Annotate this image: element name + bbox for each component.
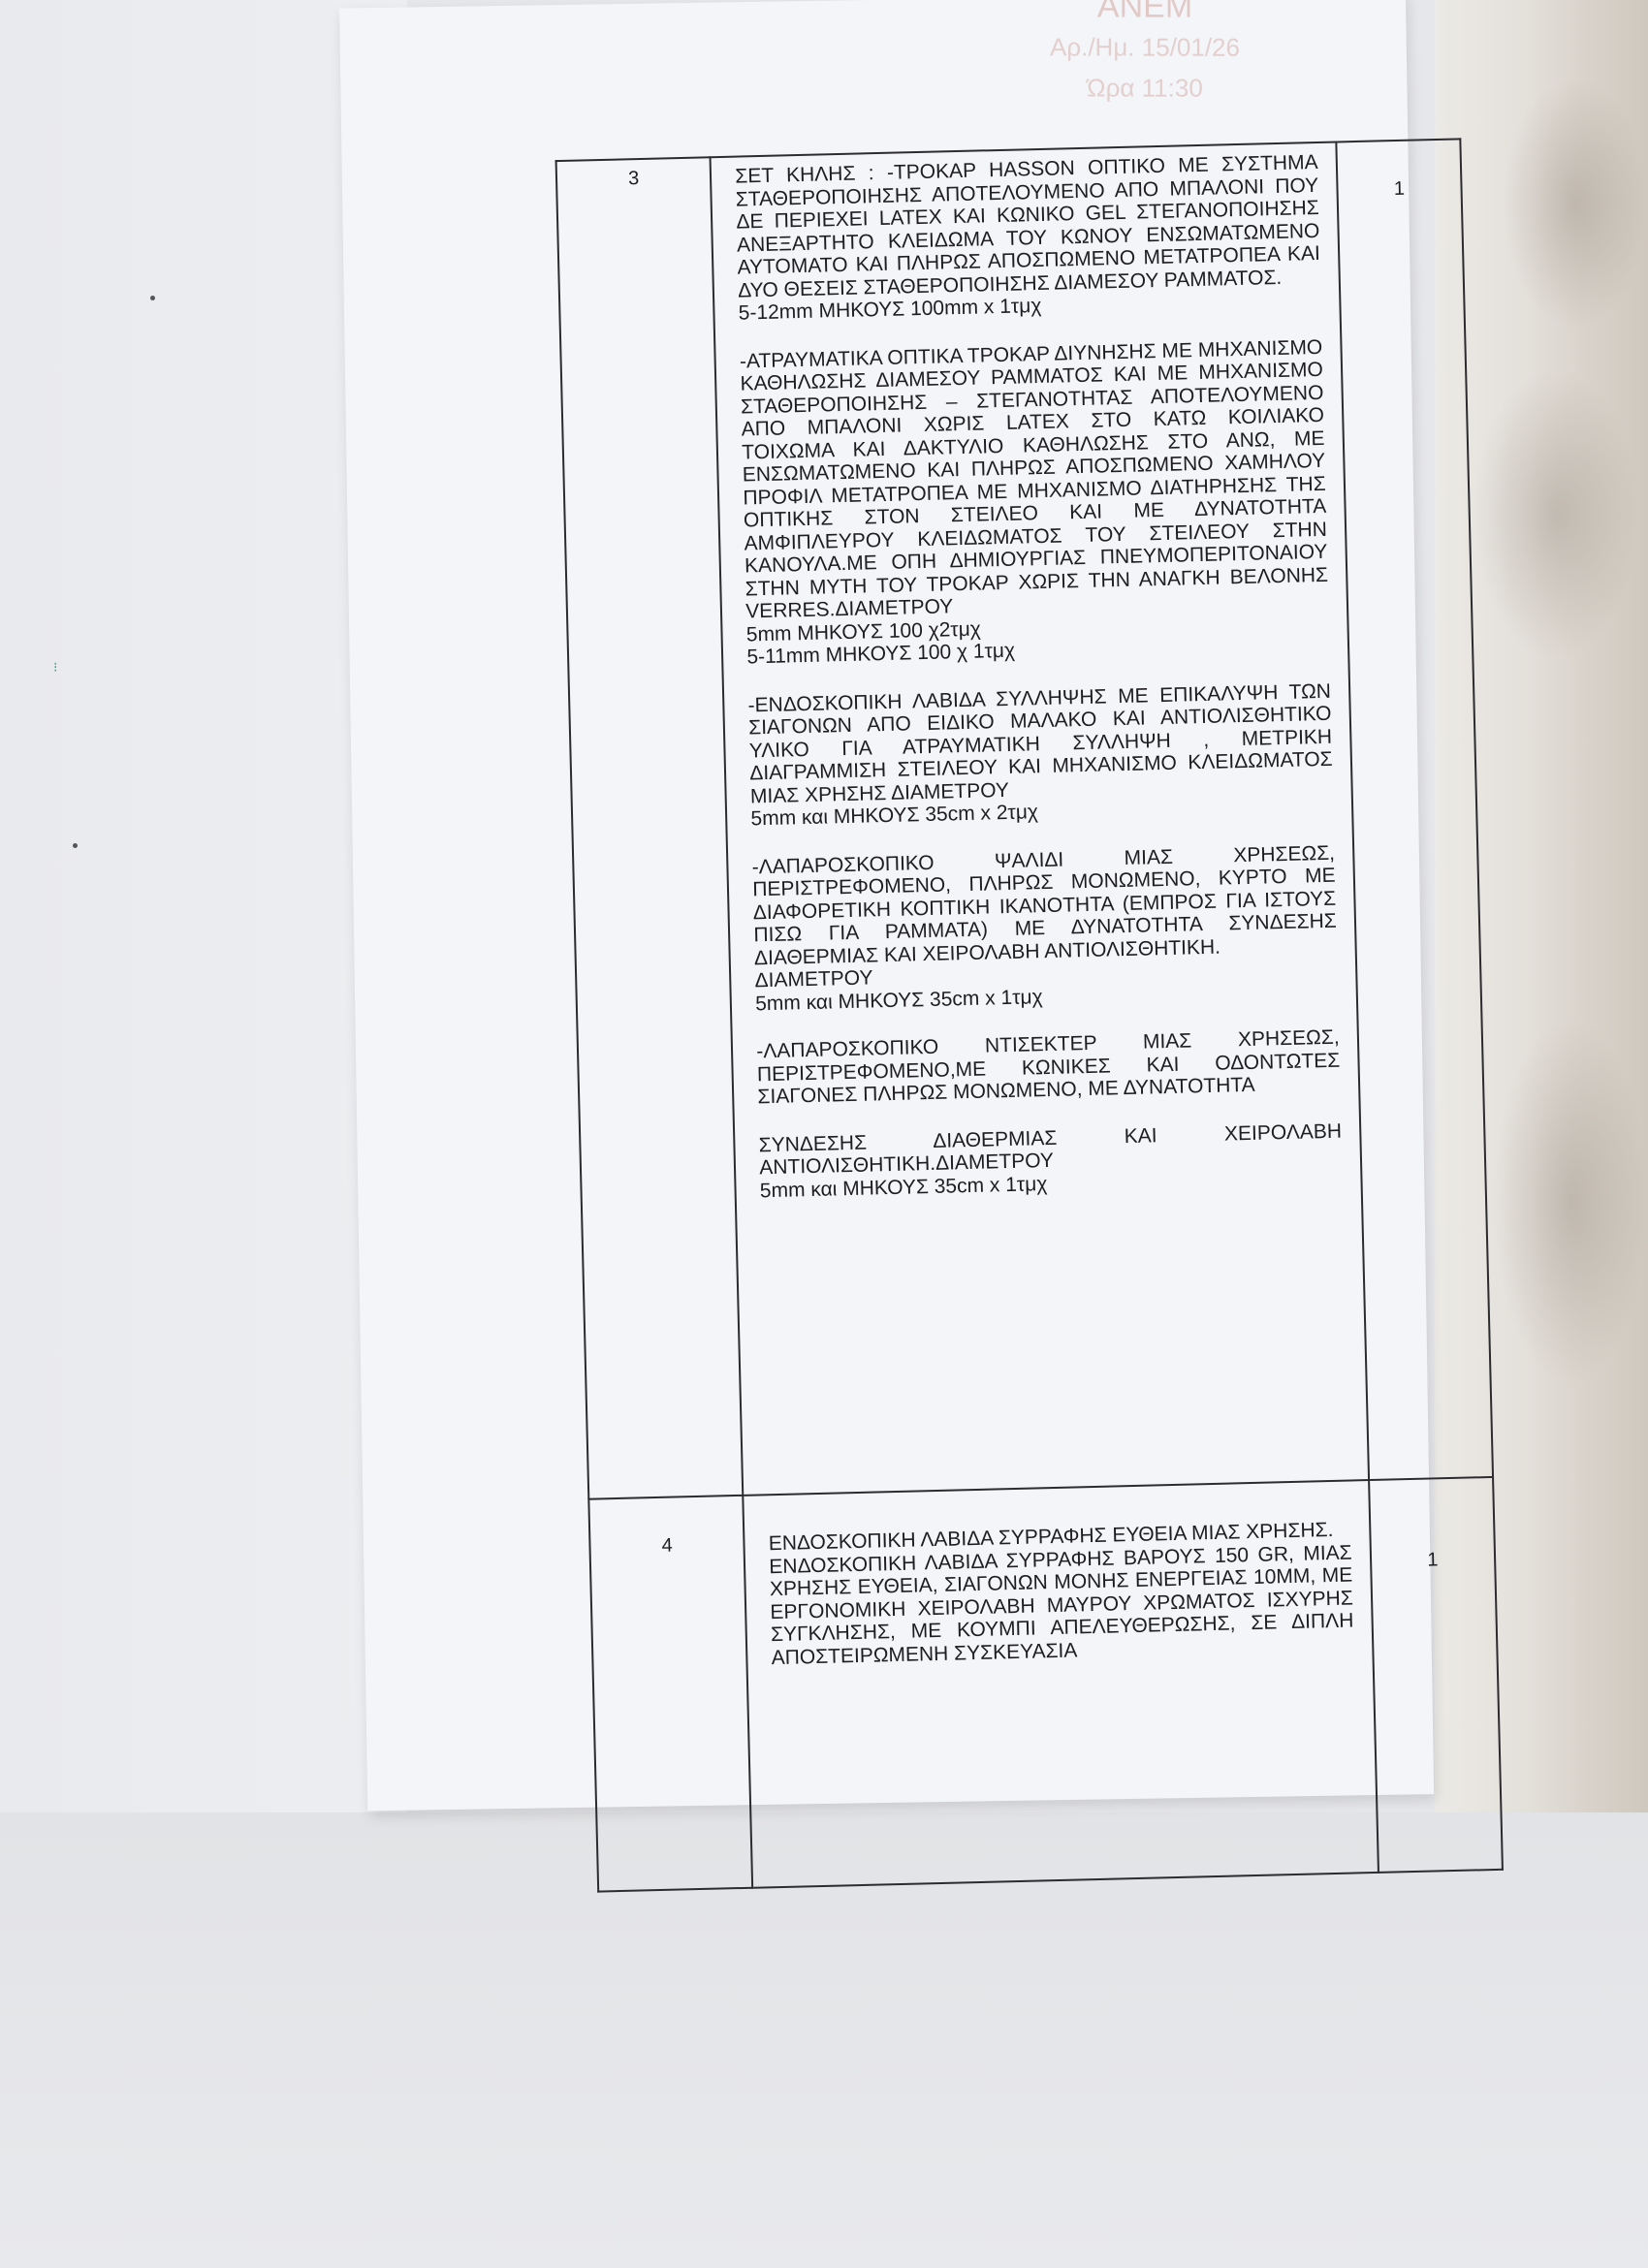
stamp-date-value: 15/01/26: [1142, 33, 1240, 62]
desc-paragraph: ΣΕΤ ΚΗΛΗΣ : -ΤΡΟΚΑΡ HASSON ΟΠΤΙΚΟ ΜΕ ΣΥΣ…: [735, 151, 1321, 302]
stamp-date-label: Αρ./Ημ.: [1050, 32, 1135, 61]
smudge: [1503, 78, 1648, 330]
stamp-time-label: Ώρα: [1087, 73, 1134, 102]
ink-mark: ⁝: [53, 659, 65, 673]
table-row: 3 ΣΕΤ ΚΗΛΗΣ : -ΤΡΟΚΑΡ HASSON ΟΠΤΙΚΟ ΜΕ Σ…: [556, 139, 1493, 1498]
desc-paragraph: -ΑΤΡΑΥΜΑΤΙΚΑ ΟΠΤΙΚΑ ΤΡΟΚΑΡ ΔΙΥΝΗΣΗΣ ΜΕ Μ…: [740, 335, 1329, 623]
desc-paragraph: ΕΝΔΟΣΚΟΠΙΚΗ ΛΑΒΙΔΑ ΣΥΡΡΑΦΗΣ ΒΑΡΟΥΣ 150 G…: [769, 1541, 1354, 1669]
item-description: ΣΕΤ ΚΗΛΗΣ : -ΤΡΟΚΑΡ HASSON ΟΠΤΙΚΟ ΜΕ ΣΥΣ…: [711, 142, 1369, 1495]
smudge: [1493, 1018, 1648, 1386]
item-description: ΕΝΔΟΣΚΟΠΙΚΗ ΛΑΒΙΔΑ ΣΥΡΡΑΦΗΣ ΕΥΘΕΙΑ ΜΙΑΣ …: [744, 1480, 1379, 1888]
desc-paragraph: -ΛΑΠΑΡΟΣΚΟΠΙΚΟ ΝΤΙΣΕΚΤΕΡ ΜΙΑΣ ΧΡΗΣΕΩΣ, Π…: [756, 1026, 1341, 1109]
specification-table: 3 ΣΕΤ ΚΗΛΗΣ : -ΤΡΟΚΑΡ HASSON ΟΠΤΙΚΟ ΜΕ Σ…: [555, 138, 1504, 1892]
document-page: ΑΝΕΜ Αρ./Ημ. 15/01/26 Ώρα 11:30 3 ΣΕΤ ΚΗ…: [339, 0, 1434, 1811]
desc-paragraph: -ΛΑΠΑΡΟΣΚΟΠΙΚΟ ΨΑΛΙΔΙ ΜΙΑΣ ΧΡΗΣΕΩΣ, ΠΕΡΙ…: [751, 841, 1337, 969]
stamp-time-value: 11:30: [1142, 74, 1203, 103]
smudge: [1474, 368, 1638, 659]
item-quantity: 1: [1369, 1477, 1503, 1873]
stamp-title: ΑΝΕΜ: [961, 0, 1329, 27]
received-stamp: ΑΝΕΜ Αρ./Ημ. 15/01/26 Ώρα 11:30: [961, 0, 1329, 132]
table-row: 4 ΕΝΔΟΣΚΟΠΙΚΗ ΛΑΒΙΔΑ ΣΥΡΡΑΦΗΣ ΕΥΘΕΙΑ ΜΙΑ…: [588, 1477, 1503, 1892]
desc-paragraph: -ΕΝΔΟΣΚΟΠΙΚΗ ΛΑΒΙΔΑ ΣΥΛΛΗΨΗΣ ΜΕ ΕΠΙΚΑΛΥΨ…: [747, 679, 1333, 807]
dust-speck: [150, 296, 155, 300]
dust-speck: [73, 843, 78, 848]
item-number: 4: [588, 1496, 752, 1892]
